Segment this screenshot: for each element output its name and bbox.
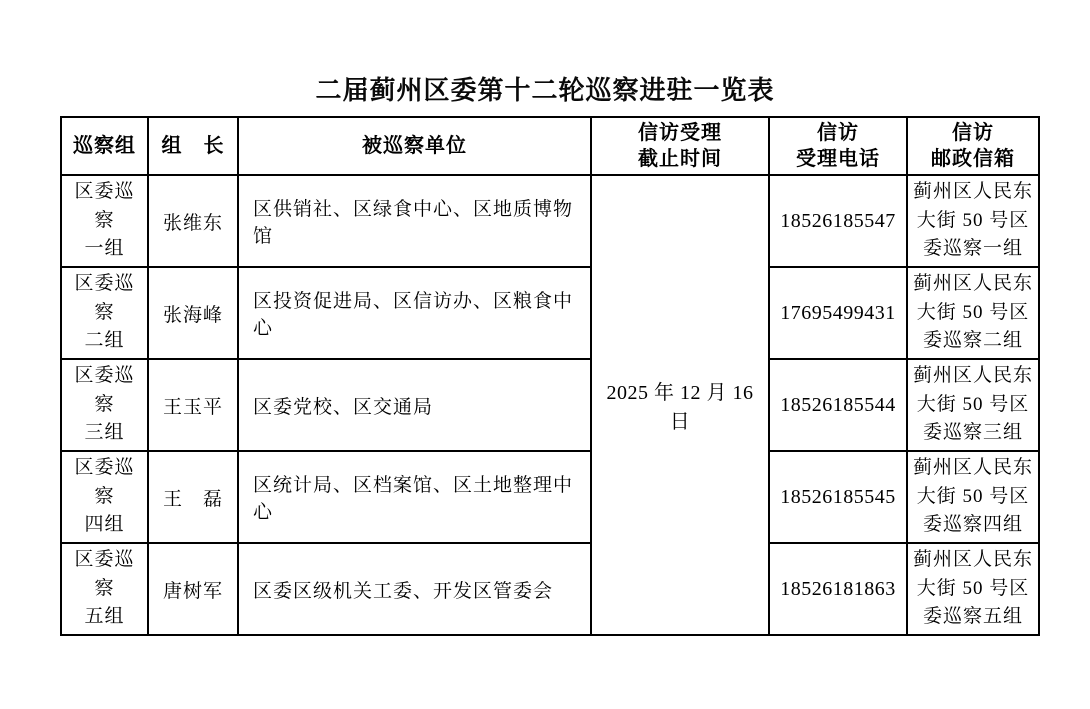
header-group-leader: 组 长 <box>148 117 238 175</box>
group-cell: 区委巡察 四组 <box>61 451 148 543</box>
units-cell: 区委区级机关工委、开发区管委会 <box>238 543 591 635</box>
phone-cell: 17695499431 <box>769 267 907 359</box>
page-title: 二届蓟州区委第十二轮巡察进驻一览表 <box>0 70 1090 107</box>
header-inspection-group: 巡察组 <box>61 117 148 175</box>
mailbox-cell: 蓟州区人民东 大街 50 号区 委巡察三组 <box>907 359 1039 451</box>
inspection-table: 巡察组 组 长 被巡察单位 信访受理 截止时间 信访 受理电话 信访 邮政信箱 … <box>60 116 1040 636</box>
table-row: 区委巡察 三组 王玉平 区委党校、区交通局 18526185544 蓟州区人民东… <box>61 359 1039 451</box>
mailbox-cell: 蓟州区人民东 大街 50 号区 委巡察四组 <box>907 451 1039 543</box>
table-row: 区委巡察 二组 张海峰 区投资促进局、区信访办、区粮食中心 1769549943… <box>61 267 1039 359</box>
header-inspected-units: 被巡察单位 <box>238 117 591 175</box>
phone-cell: 18526181863 <box>769 543 907 635</box>
header-petition-phone: 信访 受理电话 <box>769 117 907 175</box>
header-petition-mailbox: 信访 邮政信箱 <box>907 117 1039 175</box>
leader-cell: 张海峰 <box>148 267 238 359</box>
mailbox-cell: 蓟州区人民东 大街 50 号区 委巡察二组 <box>907 267 1039 359</box>
mailbox-cell: 蓟州区人民东 大街 50 号区 委巡察五组 <box>907 543 1039 635</box>
group-cell: 区委巡察 二组 <box>61 267 148 359</box>
group-cell: 区委巡察 五组 <box>61 543 148 635</box>
mailbox-cell: 蓟州区人民东 大街 50 号区 委巡察一组 <box>907 175 1039 267</box>
table-row: 区委巡察 四组 王 磊 区统计局、区档案馆、区土地整理中心 1852618554… <box>61 451 1039 543</box>
header-petition-deadline: 信访受理 截止时间 <box>591 117 769 175</box>
leader-cell: 王玉平 <box>148 359 238 451</box>
leader-cell: 王 磊 <box>148 451 238 543</box>
units-cell: 区委党校、区交通局 <box>238 359 591 451</box>
group-cell: 区委巡察 三组 <box>61 359 148 451</box>
units-cell: 区投资促进局、区信访办、区粮食中心 <box>238 267 591 359</box>
deadline-cell: 2025 年 12 月 16 日 <box>591 175 769 635</box>
units-cell: 区统计局、区档案馆、区土地整理中心 <box>238 451 591 543</box>
group-cell: 区委巡察 一组 <box>61 175 148 267</box>
leader-cell: 唐树军 <box>148 543 238 635</box>
table-row: 区委巡察 一组 张维东 区供销社、区绿食中心、区地质博物馆 2025 年 12 … <box>61 175 1039 267</box>
table-row: 区委巡察 五组 唐树军 区委区级机关工委、开发区管委会 18526181863 … <box>61 543 1039 635</box>
leader-cell: 张维东 <box>148 175 238 267</box>
phone-cell: 18526185545 <box>769 451 907 543</box>
phone-cell: 18526185544 <box>769 359 907 451</box>
phone-cell: 18526185547 <box>769 175 907 267</box>
units-cell: 区供销社、区绿食中心、区地质博物馆 <box>238 175 591 267</box>
table-header-row: 巡察组 组 长 被巡察单位 信访受理 截止时间 信访 受理电话 信访 邮政信箱 <box>61 117 1039 175</box>
